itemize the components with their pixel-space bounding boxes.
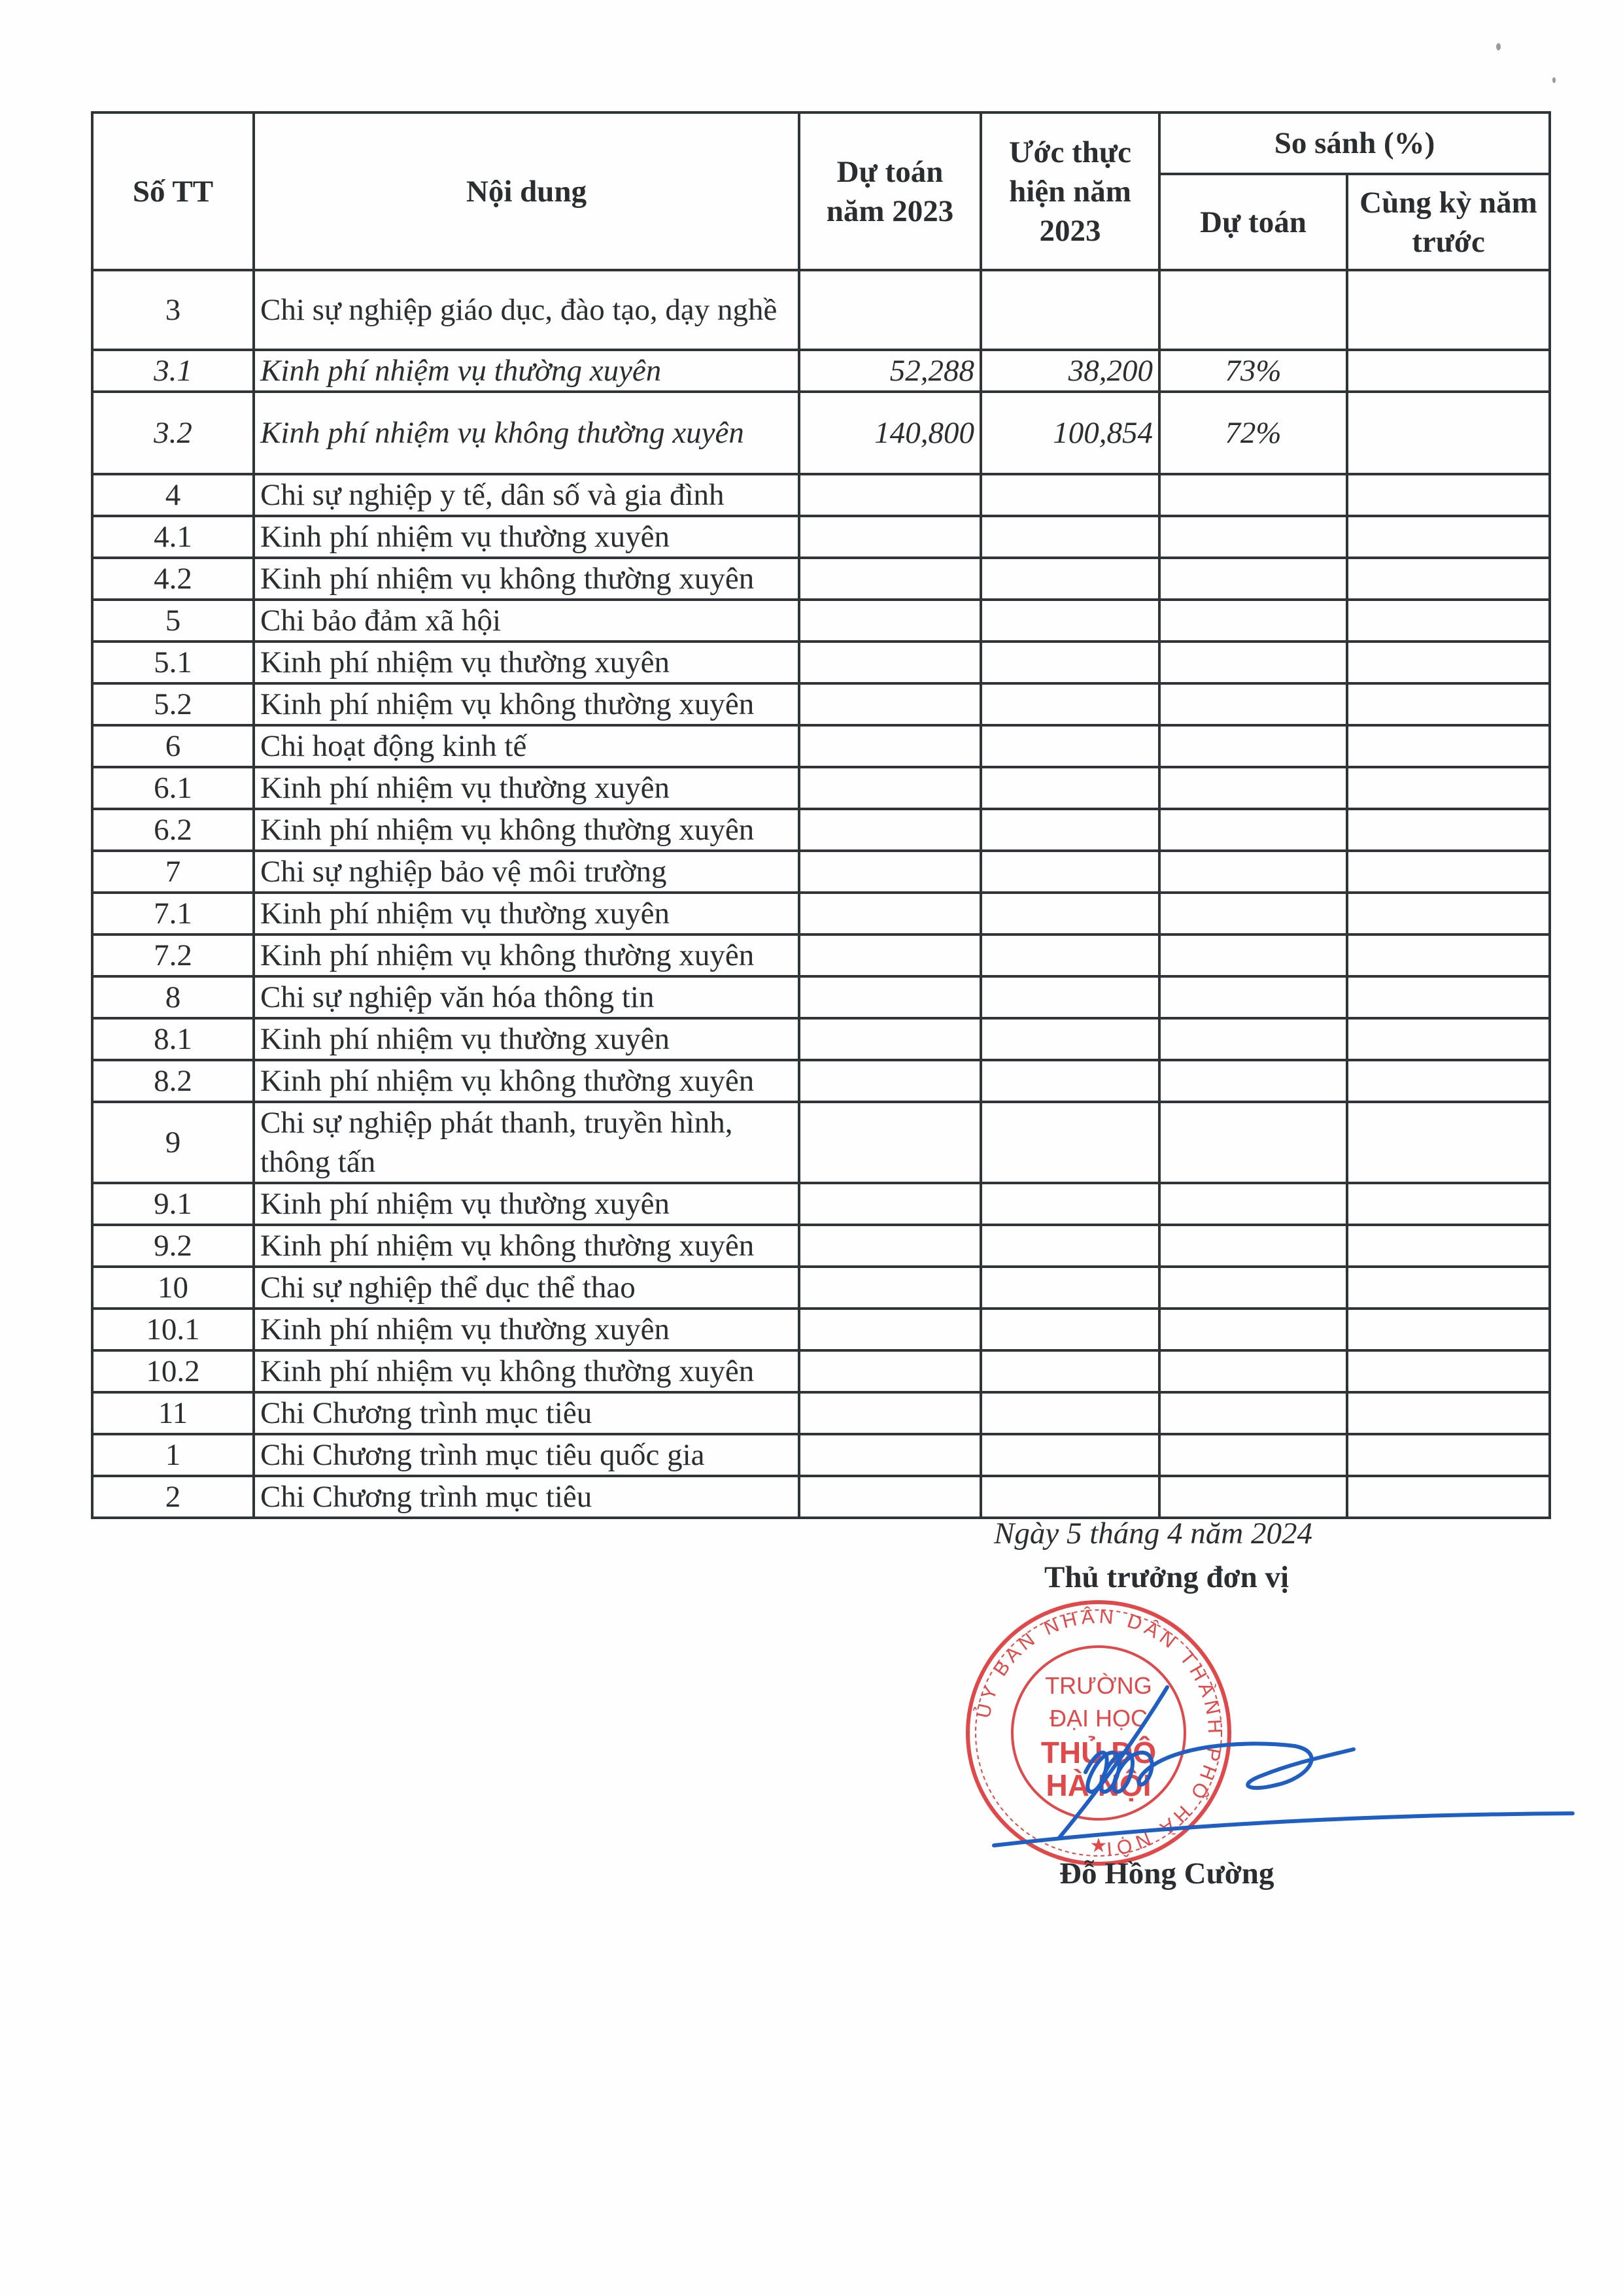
table-row: 10.1Kinh phí nhiệm vụ thường xuyên [92, 1309, 1550, 1350]
document-page: Số TT Nội dung Dự toán năm 2023 Ước thực… [0, 0, 1623, 2296]
table-row: 6.1Kinh phí nhiệm vụ thường xuyên [92, 767, 1550, 809]
row-so-sanh-cung-ky [1347, 976, 1550, 1018]
row-uoc-thuc-hien [981, 1476, 1159, 1518]
row-uoc-thuc-hien [981, 516, 1159, 558]
row-du-toan [799, 1350, 981, 1392]
table-row: 3.1Kinh phí nhiệm vụ thường xuyên52,2883… [92, 350, 1550, 392]
row-so-sanh-du-toan [1159, 558, 1347, 600]
row-du-toan: 140,800 [799, 392, 981, 474]
row-so-sanh-cung-ky [1347, 642, 1550, 683]
row-content: Chi Chương trình mục tiêu [254, 1392, 799, 1434]
row-number: 9.2 [92, 1225, 254, 1267]
row-content: Kinh phí nhiệm vụ thường xuyên [254, 350, 799, 392]
row-number: 2 [92, 1476, 254, 1518]
row-uoc-thuc-hien [981, 270, 1159, 350]
row-content: Kinh phí nhiệm vụ không thường xuyên [254, 683, 799, 725]
row-content: Chi bảo đảm xã hội [254, 600, 799, 642]
row-number: 7.1 [92, 893, 254, 934]
header-so-sanh-cung-ky: Cùng kỳ năm trước [1347, 174, 1550, 270]
row-so-sanh-du-toan: 72% [1159, 392, 1347, 474]
row-so-sanh-cung-ky [1347, 809, 1550, 851]
row-number: 6.1 [92, 767, 254, 809]
row-du-toan [799, 1102, 981, 1183]
table-body: 3Chi sự nghiệp giáo dục, đào tạo, dạy ng… [92, 270, 1550, 1518]
row-so-sanh-du-toan [1159, 516, 1347, 558]
row-content: Kinh phí nhiệm vụ không thường xuyên [254, 1060, 799, 1102]
header-so-sanh-du-toan: Dự toán [1159, 174, 1347, 270]
table-row: 10Chi sự nghiệp thể dục thể thao [92, 1267, 1550, 1309]
row-du-toan [799, 851, 981, 893]
row-uoc-thuc-hien [981, 1392, 1159, 1434]
row-so-sanh-cung-ky [1347, 558, 1550, 600]
signer-name: Đỗ Hồng Cường [1059, 1856, 1274, 1891]
row-so-sanh-cung-ky [1347, 1434, 1550, 1476]
row-so-sanh-cung-ky [1347, 725, 1550, 767]
header-noi-dung: Nội dung [254, 112, 799, 270]
row-so-sanh-cung-ky [1347, 893, 1550, 934]
row-so-sanh-du-toan [1159, 1102, 1347, 1183]
row-so-sanh-cung-ky [1347, 474, 1550, 516]
row-content: Kinh phí nhiệm vụ không thường xuyên [254, 1350, 799, 1392]
table-row: 9.2Kinh phí nhiệm vụ không thường xuyên [92, 1225, 1550, 1267]
row-so-sanh-du-toan [1159, 1434, 1347, 1476]
row-number: 7 [92, 851, 254, 893]
table-row: 4.2Kinh phí nhiệm vụ không thường xuyên [92, 558, 1550, 600]
row-number: 1 [92, 1434, 254, 1476]
table-row: 11Chi Chương trình mục tiêu [92, 1392, 1550, 1434]
row-uoc-thuc-hien [981, 934, 1159, 976]
row-du-toan [799, 1392, 981, 1434]
row-du-toan [799, 1267, 981, 1309]
row-content: Chi sự nghiệp bảo vệ môi trường [254, 851, 799, 893]
row-content: Chi hoạt động kinh tế [254, 725, 799, 767]
row-du-toan [799, 934, 981, 976]
table-row: 2Chi Chương trình mục tiêu [92, 1476, 1550, 1518]
row-content: Kinh phí nhiệm vụ thường xuyên [254, 1183, 799, 1225]
row-so-sanh-cung-ky [1347, 1102, 1550, 1183]
row-uoc-thuc-hien [981, 1309, 1159, 1350]
row-so-sanh-cung-ky [1347, 1309, 1550, 1350]
row-du-toan [799, 1476, 981, 1518]
row-number: 8.2 [92, 1060, 254, 1102]
row-number: 10 [92, 1267, 254, 1309]
table-row: 8Chi sự nghiệp văn hóa thông tin [92, 976, 1550, 1018]
header-uoc-thuc-hien: Ước thực hiện năm 2023 [981, 112, 1159, 270]
row-so-sanh-du-toan [1159, 851, 1347, 893]
row-so-sanh-du-toan [1159, 1225, 1347, 1267]
row-content: Kinh phí nhiệm vụ thường xuyên [254, 767, 799, 809]
row-so-sanh-du-toan [1159, 642, 1347, 683]
row-uoc-thuc-hien [981, 683, 1159, 725]
row-so-sanh-cung-ky [1347, 392, 1550, 474]
row-content: Kinh phí nhiệm vụ không thường xuyên [254, 934, 799, 976]
table-row: 3.2Kinh phí nhiệm vụ không thường xuyên1… [92, 392, 1550, 474]
row-uoc-thuc-hien [981, 1183, 1159, 1225]
row-so-sanh-du-toan [1159, 474, 1347, 516]
row-du-toan [799, 1225, 981, 1267]
row-so-sanh-cung-ky [1347, 1183, 1550, 1225]
row-content: Chi Chương trình mục tiêu quốc gia [254, 1434, 799, 1476]
row-number: 7.2 [92, 934, 254, 976]
row-so-sanh-cung-ky [1347, 851, 1550, 893]
row-du-toan: 52,288 [799, 350, 981, 392]
row-so-sanh-du-toan [1159, 1018, 1347, 1060]
table-row: 4.1Kinh phí nhiệm vụ thường xuyên [92, 516, 1550, 558]
row-du-toan [799, 767, 981, 809]
row-so-sanh-cung-ky [1347, 1476, 1550, 1518]
row-content: Kinh phí nhiệm vụ không thường xuyên [254, 558, 799, 600]
row-du-toan [799, 1060, 981, 1102]
row-du-toan [799, 474, 981, 516]
signer-title: Thủ trưởng đơn vị [1044, 1560, 1289, 1595]
table-row: 10.2Kinh phí nhiệm vụ không thường xuyên [92, 1350, 1550, 1392]
row-uoc-thuc-hien [981, 851, 1159, 893]
row-so-sanh-du-toan [1159, 1350, 1347, 1392]
row-number: 4.2 [92, 558, 254, 600]
row-so-sanh-cung-ky [1347, 934, 1550, 976]
row-so-sanh-cung-ky [1347, 1225, 1550, 1267]
budget-table: Số TT Nội dung Dự toán năm 2023 Ước thực… [91, 111, 1551, 1519]
table-row: 7Chi sự nghiệp bảo vệ môi trường [92, 851, 1550, 893]
row-du-toan [799, 642, 981, 683]
row-so-sanh-du-toan [1159, 809, 1347, 851]
table-row: 4Chi sự nghiệp y tế, dân số và gia đình [92, 474, 1550, 516]
row-du-toan [799, 558, 981, 600]
table-row: 5Chi bảo đảm xã hội [92, 600, 1550, 642]
row-so-sanh-du-toan [1159, 1267, 1347, 1309]
signing-date: Ngày 5 tháng 4 năm 2024 [994, 1516, 1312, 1551]
row-content: Kinh phí nhiệm vụ không thường xuyên [254, 1225, 799, 1267]
row-so-sanh-cung-ky [1347, 767, 1550, 809]
row-du-toan [799, 1434, 981, 1476]
table-row: 6Chi hoạt động kinh tế [92, 725, 1550, 767]
row-so-sanh-cung-ky [1347, 600, 1550, 642]
row-content: Chi Chương trình mục tiêu [254, 1476, 799, 1518]
row-du-toan [799, 600, 981, 642]
row-du-toan [799, 270, 981, 350]
row-uoc-thuc-hien [981, 1434, 1159, 1476]
row-number: 6 [92, 725, 254, 767]
table-row: 1Chi Chương trình mục tiêu quốc gia [92, 1434, 1550, 1476]
row-content: Chi sự nghiệp giáo dục, đào tạo, dạy ngh… [254, 270, 799, 350]
row-so-sanh-du-toan [1159, 270, 1347, 350]
row-so-sanh-du-toan [1159, 767, 1347, 809]
row-du-toan [799, 1183, 981, 1225]
row-so-sanh-du-toan [1159, 683, 1347, 725]
row-number: 11 [92, 1392, 254, 1434]
scan-speck [1552, 77, 1556, 83]
row-uoc-thuc-hien [981, 1225, 1159, 1267]
row-number: 8 [92, 976, 254, 1018]
row-so-sanh-cung-ky [1347, 1267, 1550, 1309]
row-so-sanh-du-toan [1159, 1183, 1347, 1225]
row-du-toan [799, 516, 981, 558]
row-so-sanh-du-toan [1159, 1309, 1347, 1350]
row-uoc-thuc-hien [981, 600, 1159, 642]
row-uoc-thuc-hien [981, 976, 1159, 1018]
row-uoc-thuc-hien [981, 767, 1159, 809]
row-uoc-thuc-hien [981, 725, 1159, 767]
row-du-toan [799, 976, 981, 1018]
scan-speck [1496, 43, 1501, 50]
row-so-sanh-du-toan [1159, 600, 1347, 642]
row-so-sanh-cung-ky [1347, 350, 1550, 392]
table-row: 7.2Kinh phí nhiệm vụ không thường xuyên [92, 934, 1550, 976]
header-stt: Số TT [92, 112, 254, 270]
row-du-toan [799, 683, 981, 725]
row-so-sanh-du-toan [1159, 725, 1347, 767]
row-uoc-thuc-hien [981, 642, 1159, 683]
row-number: 5 [92, 600, 254, 642]
row-content: Chi sự nghiệp văn hóa thông tin [254, 976, 799, 1018]
row-number: 8.1 [92, 1018, 254, 1060]
table-row: 3Chi sự nghiệp giáo dục, đào tạo, dạy ng… [92, 270, 1550, 350]
row-content: Kinh phí nhiệm vụ thường xuyên [254, 516, 799, 558]
row-uoc-thuc-hien [981, 809, 1159, 851]
row-content: Chi sự nghiệp phát thanh, truyền hình, t… [254, 1102, 799, 1183]
row-number: 6.2 [92, 809, 254, 851]
table-row: 5.1Kinh phí nhiệm vụ thường xuyên [92, 642, 1550, 683]
row-number: 5.1 [92, 642, 254, 683]
table-row: 7.1Kinh phí nhiệm vụ thường xuyên [92, 893, 1550, 934]
row-number: 5.2 [92, 683, 254, 725]
row-number: 3.2 [92, 392, 254, 474]
row-du-toan [799, 809, 981, 851]
row-content: Kinh phí nhiệm vụ không thường xuyên [254, 392, 799, 474]
row-uoc-thuc-hien [981, 1267, 1159, 1309]
row-uoc-thuc-hien [981, 893, 1159, 934]
row-number: 4 [92, 474, 254, 516]
table-row: 9.1Kinh phí nhiệm vụ thường xuyên [92, 1183, 1550, 1225]
table-row: 6.2Kinh phí nhiệm vụ không thường xuyên [92, 809, 1550, 851]
table-row: 8.2Kinh phí nhiệm vụ không thường xuyên [92, 1060, 1550, 1102]
row-uoc-thuc-hien [981, 474, 1159, 516]
row-number: 10.1 [92, 1309, 254, 1350]
row-number: 4.1 [92, 516, 254, 558]
row-so-sanh-cung-ky [1347, 270, 1550, 350]
row-du-toan [799, 1018, 981, 1060]
row-content: Kinh phí nhiệm vụ thường xuyên [254, 1309, 799, 1350]
row-number: 9 [92, 1102, 254, 1183]
header-so-sanh: So sánh (%) [1159, 112, 1550, 174]
row-so-sanh-du-toan: 73% [1159, 350, 1347, 392]
row-uoc-thuc-hien [981, 558, 1159, 600]
table-row: 9Chi sự nghiệp phát thanh, truyền hình, … [92, 1102, 1550, 1183]
table-row: 5.2Kinh phí nhiệm vụ không thường xuyên [92, 683, 1550, 725]
row-so-sanh-du-toan [1159, 1392, 1347, 1434]
row-uoc-thuc-hien: 38,200 [981, 350, 1159, 392]
row-uoc-thuc-hien [981, 1102, 1159, 1183]
row-number: 3 [92, 270, 254, 350]
row-so-sanh-cung-ky [1347, 1018, 1550, 1060]
row-so-sanh-du-toan [1159, 976, 1347, 1018]
row-content: Kinh phí nhiệm vụ thường xuyên [254, 642, 799, 683]
row-so-sanh-cung-ky [1347, 516, 1550, 558]
row-content: Chi sự nghiệp y tế, dân số và gia đình [254, 474, 799, 516]
row-so-sanh-du-toan [1159, 1476, 1347, 1518]
row-number: 9.1 [92, 1183, 254, 1225]
row-content: Kinh phí nhiệm vụ thường xuyên [254, 893, 799, 934]
row-du-toan [799, 1309, 981, 1350]
row-du-toan [799, 893, 981, 934]
row-content: Chi sự nghiệp thể dục thể thao [254, 1267, 799, 1309]
row-so-sanh-cung-ky [1347, 683, 1550, 725]
row-du-toan [799, 725, 981, 767]
row-uoc-thuc-hien [981, 1018, 1159, 1060]
row-so-sanh-cung-ky [1347, 1060, 1550, 1102]
row-number: 10.2 [92, 1350, 254, 1392]
row-so-sanh-cung-ky [1347, 1392, 1550, 1434]
signature-icon [981, 1674, 1582, 1851]
row-uoc-thuc-hien [981, 1350, 1159, 1392]
header-du-toan: Dự toán năm 2023 [799, 112, 981, 270]
row-so-sanh-du-toan [1159, 1060, 1347, 1102]
row-number: 3.1 [92, 350, 254, 392]
row-so-sanh-cung-ky [1347, 1350, 1550, 1392]
row-uoc-thuc-hien [981, 1060, 1159, 1102]
row-uoc-thuc-hien: 100,854 [981, 392, 1159, 474]
row-content: Kinh phí nhiệm vụ thường xuyên [254, 1018, 799, 1060]
row-so-sanh-du-toan [1159, 893, 1347, 934]
row-so-sanh-du-toan [1159, 934, 1347, 976]
table-row: 8.1Kinh phí nhiệm vụ thường xuyên [92, 1018, 1550, 1060]
row-content: Kinh phí nhiệm vụ không thường xuyên [254, 809, 799, 851]
